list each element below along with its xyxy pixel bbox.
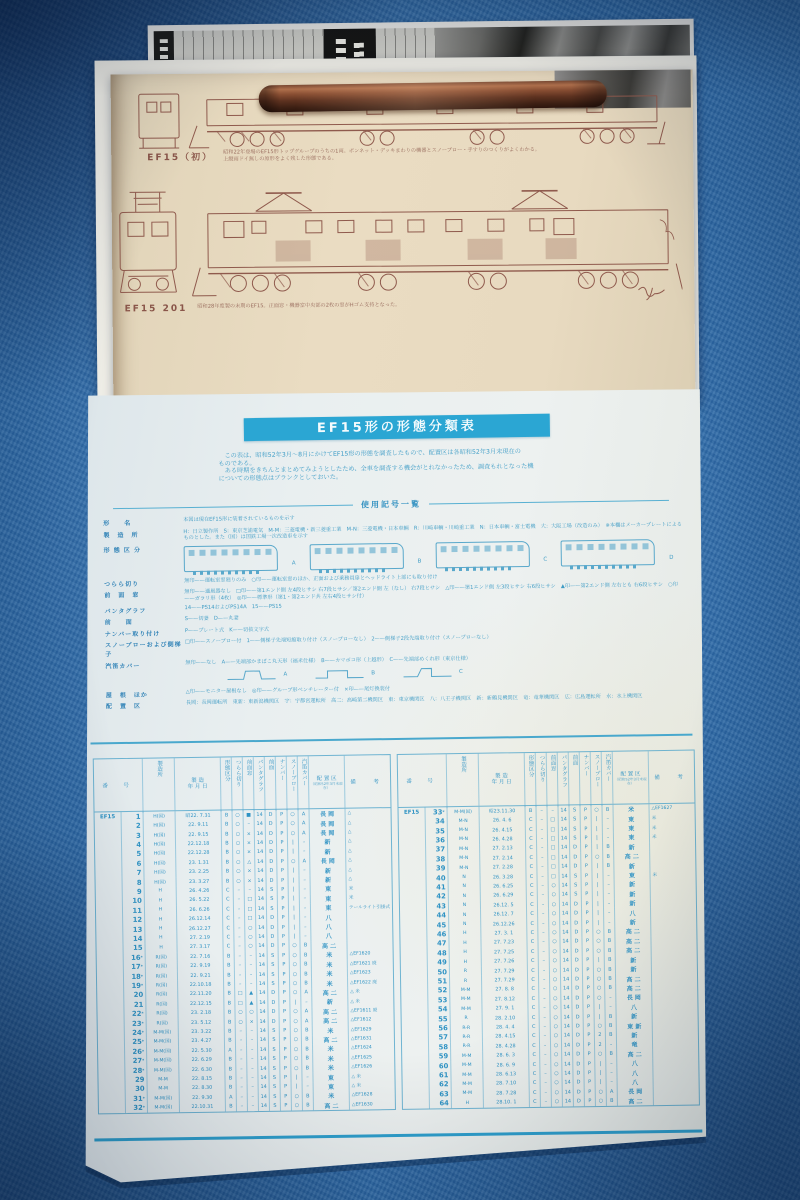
legend-row-label: 形 態 区 分 — [104, 544, 184, 576]
divider-rule — [90, 734, 692, 744]
loco-side-diagram-icon — [435, 541, 529, 568]
ef15-early-text: 昭和22年登場のEF15形トップグループのうちの1両。ボンネット・デッキまわりの… — [223, 147, 540, 163]
signature-squiggle — [636, 284, 666, 302]
whistle-cover-shape-icon: C — [401, 664, 463, 681]
table-header: 番 号製造所製 造年 月 日形態区分つらら切り前面窓パンタグラフ前面ナンバースノ… — [398, 751, 695, 808]
legend-row: 形 態 区 分ABCD — [104, 537, 684, 577]
bottom-rule — [94, 1129, 702, 1141]
legend-rule-right — [429, 500, 669, 505]
photo-of-booklet: { "colors":{"cloth":"#2e6ba8","page_whit… — [0, 0, 800, 1200]
page-title-banner: EF15形の形態分類表 — [244, 414, 550, 442]
legend-row-label: 屋 根 ほか — [106, 689, 186, 699]
ef15-early-caption: EF15（初） 昭和22年登場のEF15形トップグループのうちの1両。ボンネット… — [147, 147, 540, 163]
legend-row-label: 前 面 窓 — [104, 589, 184, 603]
ef15-201-drawing — [116, 180, 683, 307]
legend-row-label: 形 名 — [103, 517, 183, 527]
whistle-cover-shapes: ABC — [225, 661, 685, 684]
table-header: 番 号製造所製 造年 月 日形態区分つらら切り前面窓パンタグラフ前面ナンバースノ… — [94, 755, 391, 812]
legend-row-label: 汽笛カバー — [105, 660, 185, 688]
loco-side-diagram-icon — [561, 539, 655, 566]
ef15-201-label: EF15 201 — [125, 304, 188, 315]
classification-table-right: 番 号製造所製 造年 月 日形態区分つらら切り前面窓パンタグラフ前面ナンバースノ… — [397, 750, 700, 1110]
legend-row-label: ナンバー取り付け — [105, 628, 185, 638]
classification-table-left: 番 号製造所製 造年 月 日形態区分つらら切り前面窓パンタグラフ前面ナンバースノ… — [93, 754, 396, 1114]
body-type-diagrams: ABCD — [184, 537, 684, 575]
legend-rows: 形 名本図は現在EF15形に装着されているものを示す製 造 所H：日立製作所 S… — [103, 510, 686, 714]
intro-paragraphs: この表は、昭和52年3月～8月にかけてEF15形の形態を調査したもので、配置区は… — [218, 446, 664, 483]
booklet: EF15（初） 昭和22年登場のEF15形トップグループのうちの1両。ボンネット… — [0, 0, 800, 1200]
legend-row-label: 配 置 区 — [106, 701, 186, 711]
classification-page: EF15形の形態分類表 この表は、昭和52年3月～8月にかけてEF15形の形態を… — [80, 386, 708, 1188]
legend-row-label: パンタグラフ — [104, 605, 184, 615]
legend-row-label: 前 面 — [105, 616, 185, 626]
ef15-early-label: EF15（初） — [147, 150, 213, 164]
legend-row-text: ABCD — [184, 537, 684, 575]
legend-row-label: 製 造 所 — [103, 529, 183, 543]
legend-row-label: つらら切り — [104, 578, 184, 588]
whistle-cover-shape-icon: A — [225, 667, 287, 684]
legend-rule-left — [113, 505, 353, 510]
loco-side-diagram-icon — [184, 545, 278, 572]
legend-row-text: 無印——なし A——先端部かまぼこ丸天形（福米仕様） B——カマボコ形（上越形）… — [185, 653, 685, 687]
drawings-page: EF15（初） 昭和22年登場のEF15形トップグループのうちの1両。ボンネット… — [111, 69, 696, 408]
legend-row-label: スノープローおよび側梯子 — [105, 639, 185, 658]
legend-title: 使用記号一覧 — [361, 499, 421, 511]
ef15-201-caption: EF15 201 昭和28年度製の末期のEF15。正面窓・機器室中央部の2枚の窓… — [125, 302, 401, 314]
ef15-201-text: 昭和28年度製の末期のEF15。正面窓・機器室中央部の2枚の窓がHゴム支持となっ… — [197, 302, 400, 314]
whistle-cover-shape-icon: B — [313, 666, 375, 683]
brown-pen-object — [259, 80, 607, 112]
loco-side-diagram-icon — [309, 543, 403, 570]
